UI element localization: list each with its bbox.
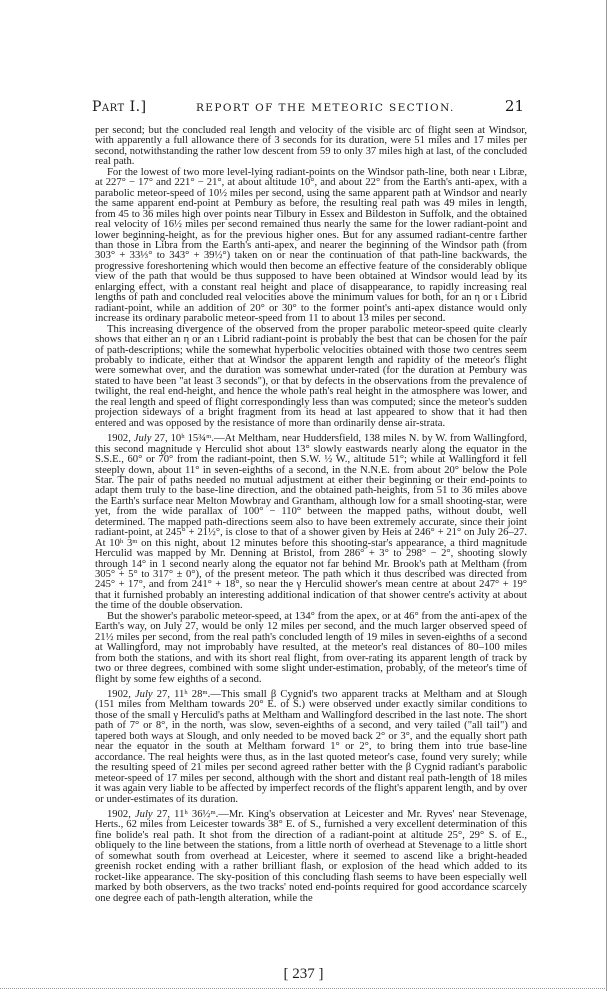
entry-time: 27, 11ʰ 28ᵐ. [153,689,211,700]
entry-month: July [134,433,152,444]
page-number: 21 [505,97,524,115]
paragraph: This increasing divergence of the observ… [95,325,527,430]
document-page: Part I.] REPORT OF THE METEORIC SECTION.… [0,0,607,991]
entry-year: 1902, [107,689,135,700]
entry-time: 27, 11ʰ 36½ᵐ. [153,809,219,820]
entry-time: 27, 10ʰ 15¾ᵐ. [151,433,213,444]
entry-year: 1902, [107,809,135,820]
section-title: REPORT OF THE METEORIC SECTION. [196,102,455,114]
folio: [ 237 ] [0,966,607,983]
paragraph-continued: per second; but the concluded real lengt… [95,126,527,168]
entry-year: 1902, [107,433,134,444]
body-text: per second; but the concluded real lengt… [95,126,527,904]
entry-month: July [135,809,153,820]
paragraph: For the lowest of two more level-lying r… [95,168,527,325]
observation-entry: 1902, July 27, 11ʰ 28ᵐ.—This small β Cyg… [95,690,527,805]
running-header: Part I.] REPORT OF THE METEORIC SECTION.… [92,97,524,117]
page-bottom-rule [0,988,607,989]
observation-entry: 1902, July 27, 11ʰ 36½ᵐ.—Mr. King's obse… [95,810,527,904]
paragraph: But the shower's parabolic meteor-speed,… [95,612,527,685]
observation-entry: 1902, July 27, 10ʰ 15¾ᵐ.—At Meltham, nea… [95,434,527,612]
entry-month: July [135,689,153,700]
part-label: Part I.] [92,99,147,115]
